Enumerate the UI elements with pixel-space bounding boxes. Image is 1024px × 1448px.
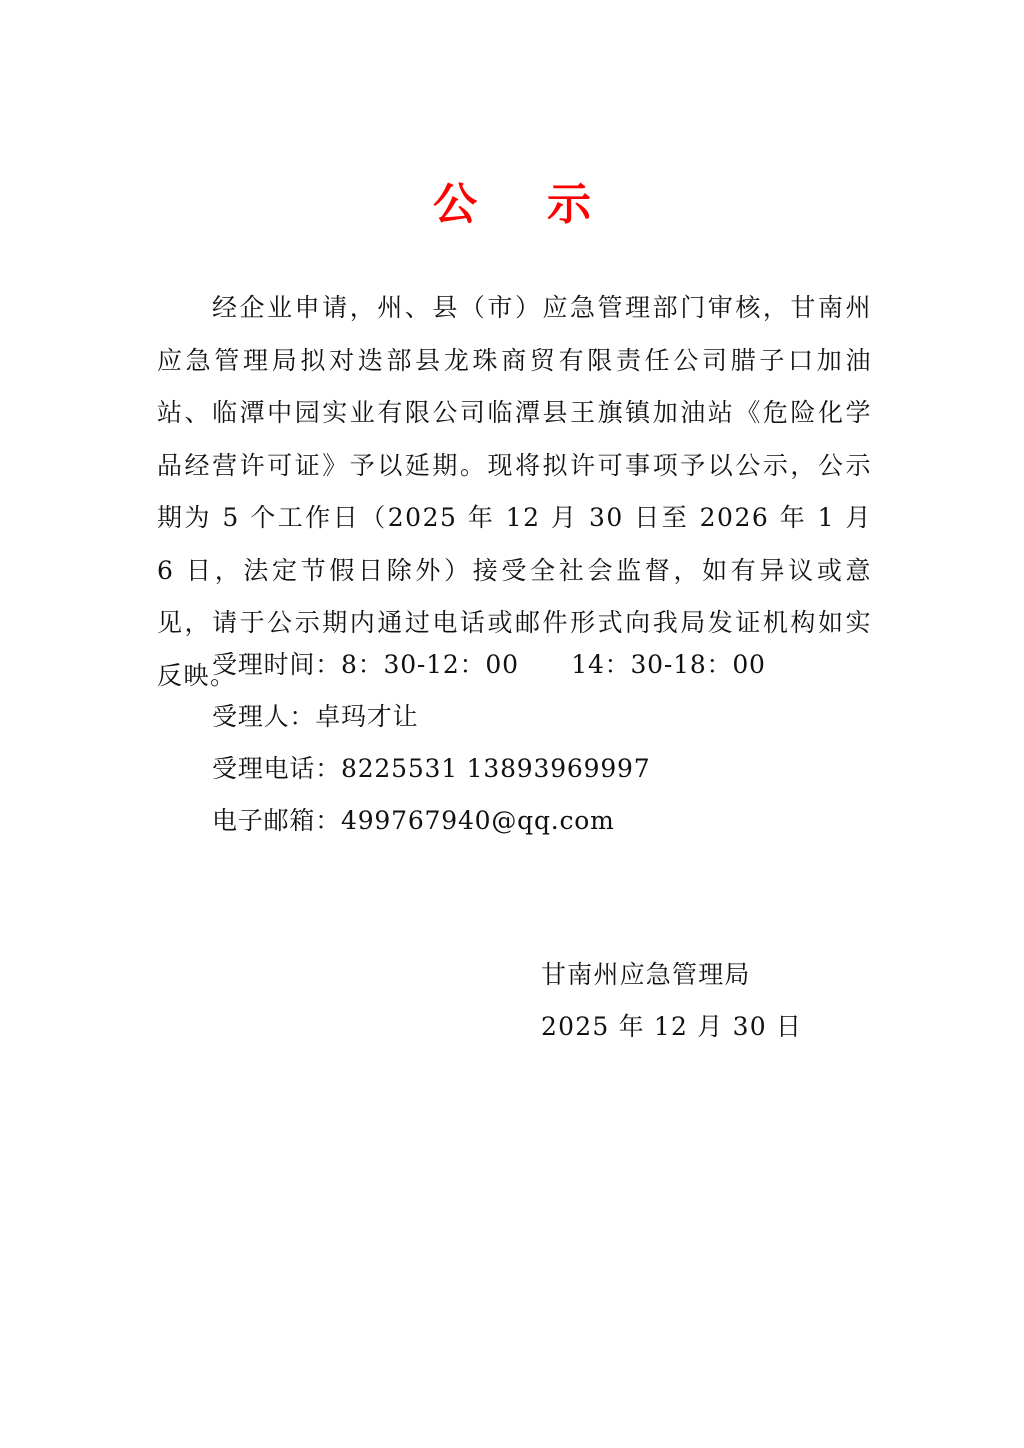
contact-hours: 受理时间：8：30-12：00 14：30-18：00: [212, 639, 766, 691]
title-char-2: 示: [547, 168, 591, 232]
signature-date: 2025 年 12 月 30 日: [541, 1001, 802, 1053]
document-title: 公示: [0, 168, 1024, 232]
contact-email: 电子邮箱：499767940@qq.com: [212, 795, 615, 847]
contact-phone: 受理电话：8225531 13893969997: [212, 743, 650, 795]
contact-person: 受理人：卓玛才让: [212, 691, 418, 743]
signature-org: 甘南州应急管理局: [541, 949, 751, 1001]
title-char-1: 公: [433, 168, 477, 232]
